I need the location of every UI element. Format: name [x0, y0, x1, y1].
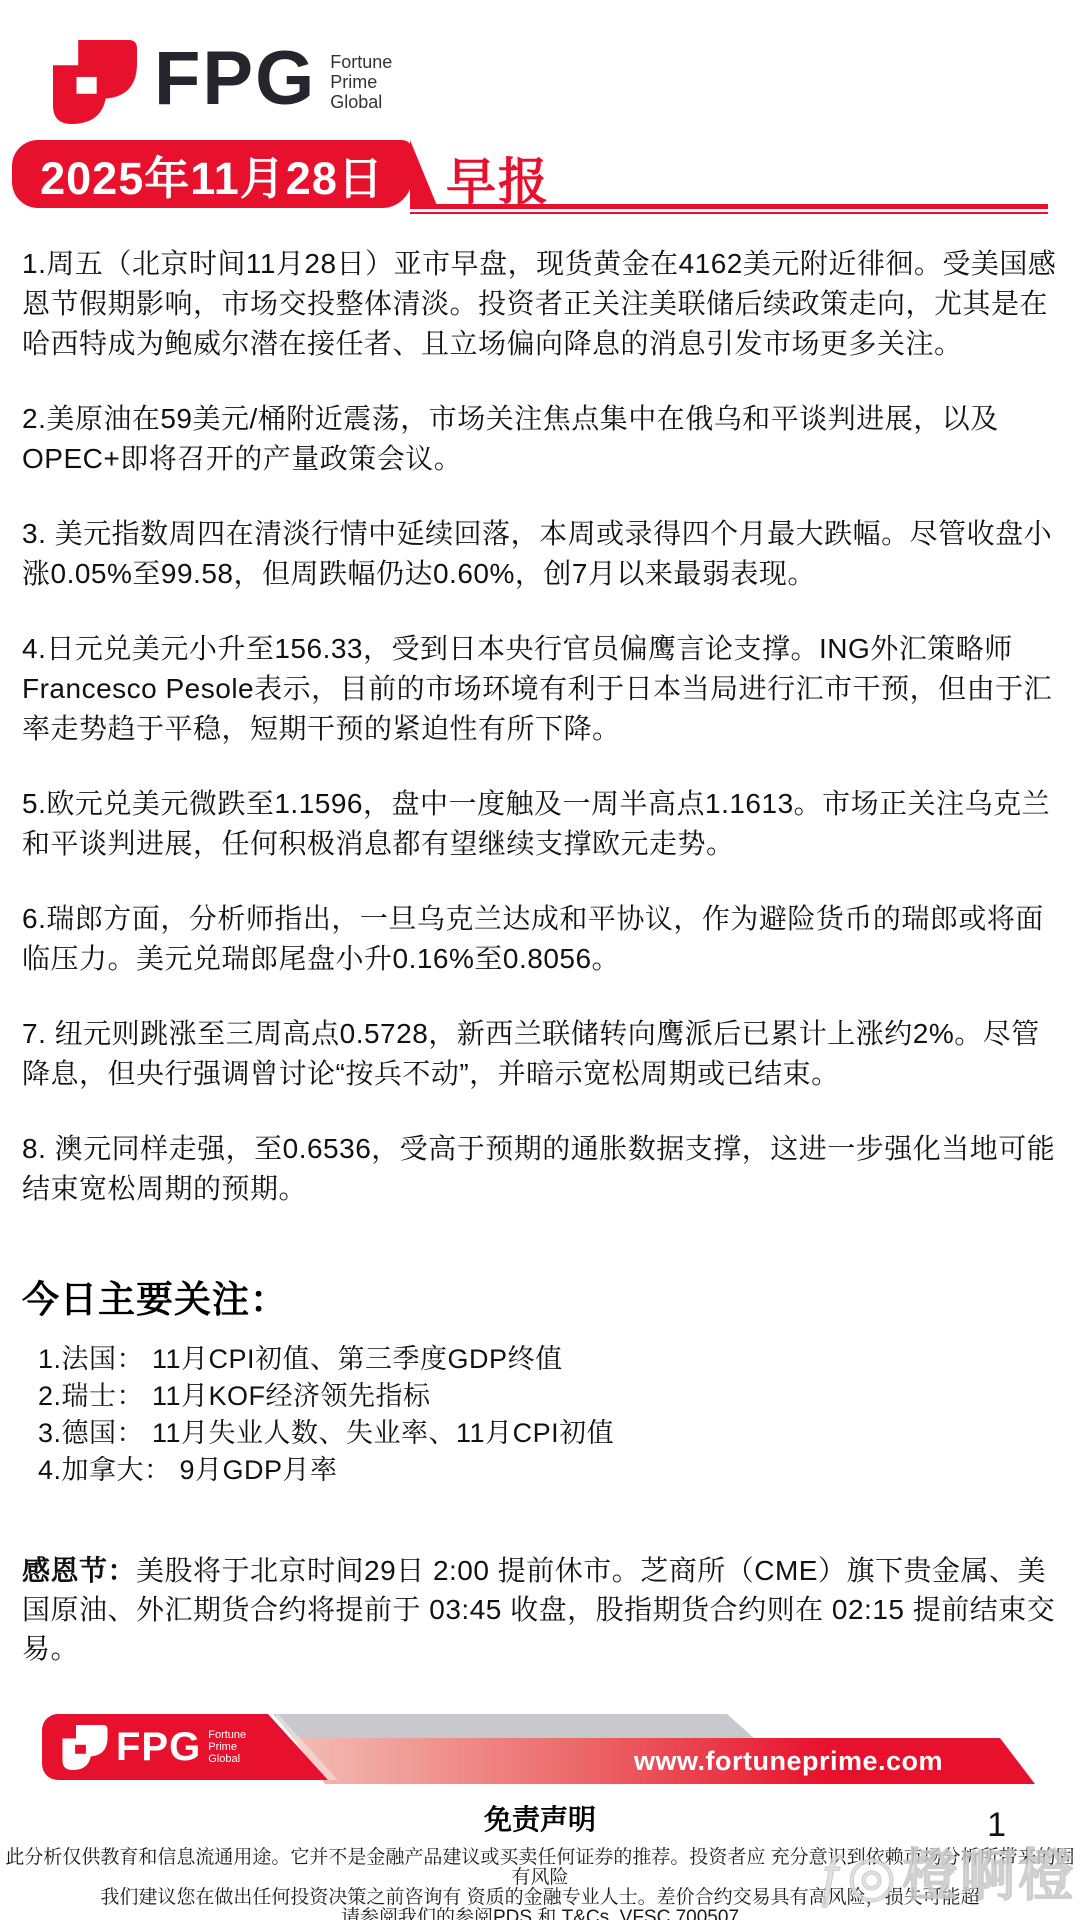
morning-report-page: FPG Fortune Prime Global 2025年11月28日 早报 … — [0, 0, 1080, 1920]
news-paragraph-6: 6.瑞郎方面，分析师指出，一旦乌克兰达成和平协议，作为避险货币的瑞郎或将面临压力… — [22, 899, 1058, 979]
holiday-label: 感恩节： — [22, 1555, 136, 1586]
watermark-icon: ƒ◎ — [814, 1844, 898, 1907]
focus-item: 4.加拿大： 9月GDP月率 — [38, 1452, 1058, 1489]
tagline-line: Fortune — [208, 1729, 246, 1741]
tagline-line: Global — [330, 92, 392, 112]
focus-item: 2.瑞士： 11月KOF经济领先指标 — [38, 1378, 1058, 1415]
footer-brand-tagline: Fortune Prime Global — [208, 1729, 246, 1765]
fpg-logo-icon-footer — [62, 1725, 108, 1770]
footer-banner: www.fortuneprime.com FPG Fortune Prime G… — [0, 1712, 1080, 1784]
news-paragraph-4: 4.日元兑美元小升至156.33，受到日本央行官员偏鹰言论支撑。ING外汇策略师… — [22, 629, 1058, 749]
watermark-text: 橙啊橙 — [902, 1844, 1076, 1907]
tagline-line: Global — [208, 1753, 246, 1765]
news-paragraph-2: 2.美原油在59美元/桶附近震荡，市场关注焦点集中在俄乌和平谈判进展，以及OPE… — [22, 399, 1058, 479]
date-banner-row: 2025年11月28日 早报 — [0, 140, 1080, 218]
holiday-text: 美股将于北京时间29日 2:00 提前休市。芝商所（CME）旗下贵金属、美国原油… — [22, 1555, 1055, 1664]
report-body: 1.周五（北京时间11月28日）亚市早盘，现货黄金在4162美元附近徘徊。受美国… — [0, 244, 1080, 1668]
watermark: ƒ◎橙啊橙 — [814, 1832, 1076, 1912]
focus-item: 1.法国： 11月CPI初值、第三季度GDP终值 — [38, 1341, 1058, 1378]
focus-list: 1.法国： 11月CPI初值、第三季度GDP终值 2.瑞士： 11月KOF经济领… — [22, 1341, 1058, 1489]
footer-brand-name: FPG — [116, 1725, 201, 1770]
news-paragraph-1: 1.周五（北京时间11月28日）亚市早盘，现货黄金在4162美元附近徘徊。受美国… — [22, 244, 1058, 364]
footer-gray-stripe — [273, 1714, 754, 1738]
brand-name: FPG — [154, 38, 316, 120]
focus-heading: 今日主要关注： — [22, 1269, 1058, 1323]
footer-red-stripe: www.fortuneprime.com — [293, 1738, 1035, 1784]
header-logo-row: FPG Fortune Prime Global — [0, 0, 1080, 124]
tagline-line: Prime — [330, 72, 392, 92]
tagline-line: Prime — [208, 1741, 246, 1753]
footer-logo-block: FPG Fortune Prime Global — [42, 1714, 268, 1780]
news-paragraph-8: 8. 澳元同样走强，至0.6536，受高于预期的通胀数据支撑，这进一步强化当地可… — [22, 1129, 1058, 1209]
focus-item: 3.德国： 11月失业人数、失业率、11月CPI初值 — [38, 1415, 1058, 1452]
brand-tagline: Fortune Prime Global — [330, 52, 392, 112]
date-banner: 2025年11月28日 — [12, 140, 412, 208]
website-url: www.fortuneprime.com — [634, 1746, 943, 1777]
fpg-logo-icon — [52, 40, 138, 124]
news-paragraph-5: 5.欧元兑美元微跌至1.1596，盘中一度触及一周半高点1.1613。市场正关注… — [22, 784, 1058, 864]
holiday-note: 感恩节：美股将于北京时间29日 2:00 提前休市。芝商所（CME）旗下贵金属、… — [22, 1551, 1058, 1668]
report-footer: www.fortuneprime.com FPG Fortune Prime G… — [0, 1712, 1080, 1920]
title-rule — [410, 204, 1048, 214]
tagline-line: Fortune — [330, 52, 392, 72]
news-paragraph-3: 3. 美元指数周四在清淡行情中延续回落，本周或录得四个月最大跌幅。尽管收盘小涨0… — [22, 514, 1058, 594]
news-paragraph-7: 7. 纽元则跳涨至三周高点0.5728，新西兰联储转向鹰派后已累计上涨约2%。尽… — [22, 1014, 1058, 1094]
